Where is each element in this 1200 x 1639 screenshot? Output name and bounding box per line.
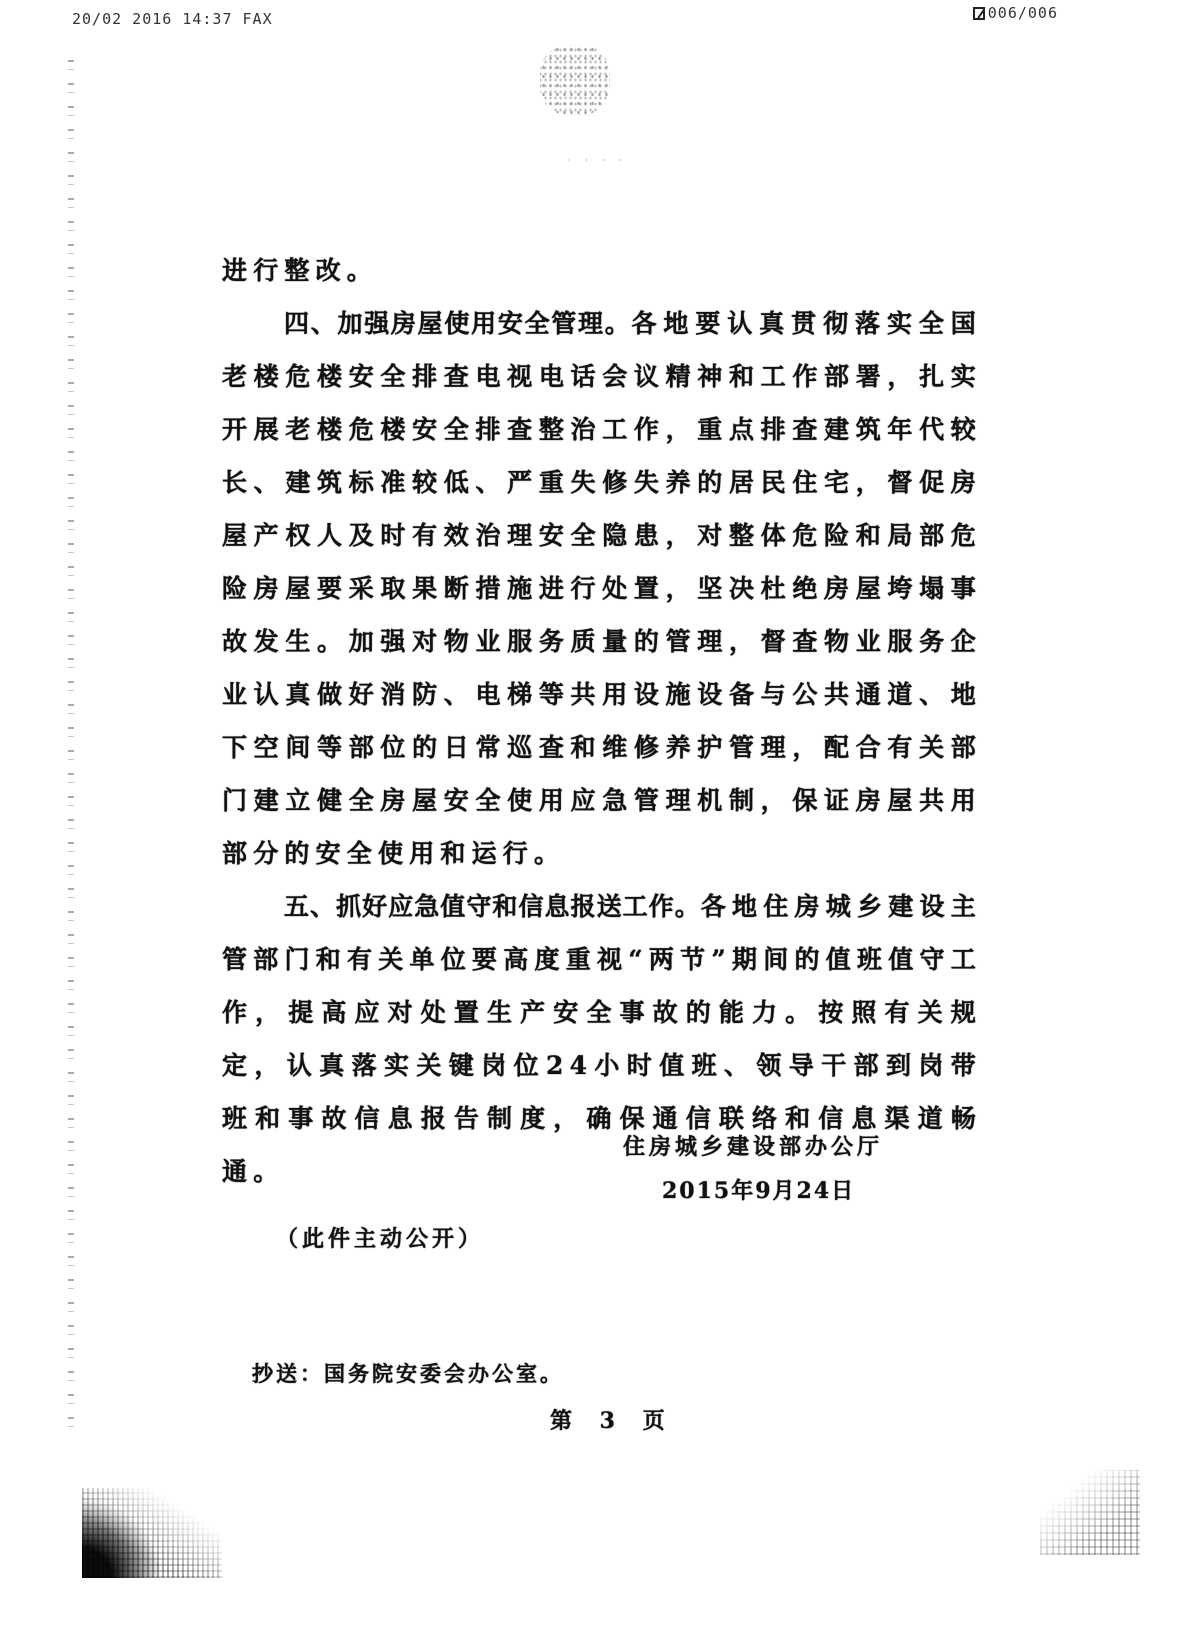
fax-page-counter-text: 006/006 <box>988 4 1058 22</box>
issue-date: 2015年9月24日 <box>662 1174 855 1205</box>
scan-edge-artifact <box>68 60 74 1440</box>
cc-recipients: 抄送：国务院安委会办公室。 <box>252 1358 564 1388</box>
paragraph-continuation: 进行整改。 <box>222 244 982 297</box>
paragraph-text: 进行整改。 <box>222 256 378 285</box>
document-body: 进行整改。 四、加强房屋使用安全管理。各地要认真贯彻落实全国老楼危楼安全排查电视… <box>222 244 982 1198</box>
scan-noise-dots: · · · · <box>568 156 628 165</box>
scan-corner-bottom-left <box>82 1488 222 1578</box>
fax-page: 20/02 2016 14:37 FAX 006/006 · · · · 进行整… <box>0 0 1200 1639</box>
fax-timestamp: 20/02 2016 14:37 FAX <box>72 10 273 28</box>
public-disclosure-note: （此件主动公开） <box>276 1222 484 1253</box>
page-number: 第 3 页 <box>550 1404 667 1435</box>
fax-page-checkbox-icon <box>973 7 985 20</box>
paragraph-text: 各地要认真贯彻落实全国老楼危楼安全排查电视电话会议精神和工作部署，扎实开展老楼危… <box>222 309 982 868</box>
scan-corner-bottom-right <box>1040 1470 1140 1555</box>
paragraph-section-4: 四、加强房屋使用安全管理。各地要认真贯彻落实全国老楼危楼安全排查电视电话会议精神… <box>222 297 982 880</box>
fax-page-counter: 006/006 <box>973 4 1058 22</box>
section-heading: 五、抓好应急值守和信息报送工作。 <box>284 892 701 921</box>
issuer-signature: 住房城乡建设部办公厅 <box>623 1130 883 1161</box>
section-heading: 四、加强房屋使用安全管理。 <box>284 309 632 338</box>
scan-noise-stamp <box>540 45 610 115</box>
